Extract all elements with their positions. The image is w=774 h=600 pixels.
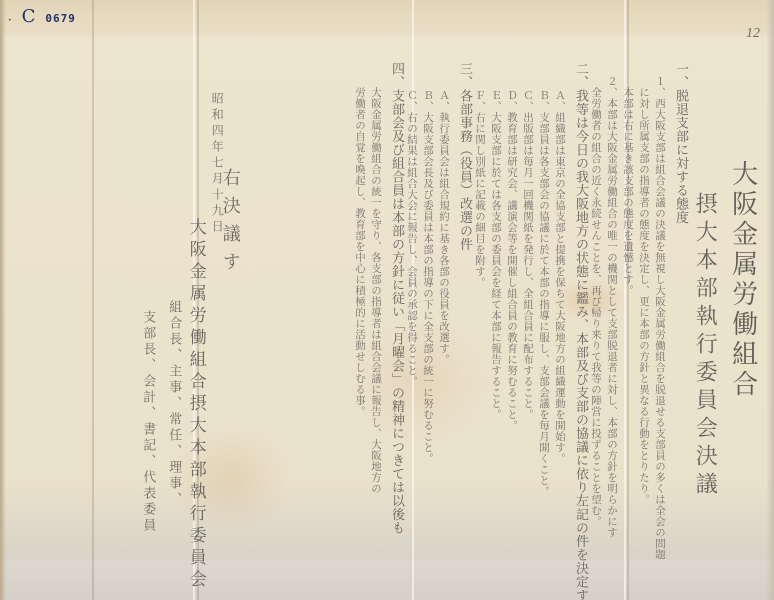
section-item: 労働者の自覚を喚起し、教育部を中心に積極的に活動せしむる事。 [352, 62, 368, 512]
section-heading: 一、脱退支部に対する態度 [672, 62, 688, 512]
section-item: Ｅ、大阪支部に於ては各支部の委員会を経て本部に報告すること。 [488, 62, 504, 512]
section-item: 全労働者の組合の近く永続せんことを、再び帰り来りて我等の陣営に投ずることを望む。 [588, 62, 604, 512]
section-item: Ｂ、大阪支部会長及び委員は本部の指導の下に全支部の統一に努むること。 [420, 62, 436, 512]
page-number: 12 [746, 26, 760, 42]
section-item: Ｆ、右に関し別紙に記載の細目を附す。 [472, 62, 488, 512]
section-item: Ａ、執行委員会は組合規約に基き各部の役員を改選す。 [436, 62, 452, 512]
section-item: Ｄ、教育部は研究会、講演会等を開催し組合員の教育に努むること。 [504, 62, 520, 512]
section-item: Ａ、組織部は東京の全協支部と提携を保ちて大阪地方の組織運動を開始す。 [552, 62, 568, 512]
section-item: Ｃ、出版部は毎月一回機関紙を発行し、全組合員に配布すること。 [520, 62, 536, 512]
document-title: 大阪金属労働組合 [728, 160, 757, 400]
section-item: 本部は右に基き該支部の態度を遺憾とす。 [620, 62, 636, 512]
signatory-roles-secondary: 支部長、会計、書記、代表委員 [140, 310, 154, 534]
stamp-letter: C [22, 6, 36, 27]
section-item: Ｂ、支部員は各支部会の協議に於て本部の指導に服し、支部会議を毎月開くこと。 [536, 62, 552, 512]
section-item: に対し所属支部の指導者の態度を決定し、更に本部の方針と異なる行動をとりたり。 [636, 62, 652, 512]
paper-top-band [0, 0, 774, 36]
section-heading: 三、各部事務（役員）改選の件 [456, 62, 472, 512]
section-heading: 四、支部会及び組合員は本部の方針に従い「月曜会」の精神につきては以後も [388, 62, 404, 512]
document-date: 昭和四年七月十九日 [210, 92, 223, 236]
paper-right-edge [766, 0, 774, 600]
section-heading: 二、我等は今日の我大阪地方の状態に鑑み、本部及び支部の協議に依り左記の件を決定す [572, 62, 588, 512]
resolution-body: 一、脱退支部に対する態度 １、西大阪支部は組合会議の決議を無視し大阪金属労働組合… [248, 62, 688, 512]
document-subtitle: 摂大本部執行委員会決議 [692, 192, 716, 500]
signatory-organization: 大阪金属労働組合摂大本部執行委員会 [186, 218, 205, 592]
section-item: ２、本部は大阪金属労働組合の唯一の機関として支部脱退者に対し、本部の方針を明らか… [604, 62, 620, 512]
fold-line [92, 0, 94, 600]
paper-bottom-band [0, 560, 774, 600]
archive-stamp: • C 0679 [8, 6, 76, 27]
signatory-roles: 組合長、主事、常任、理事、 [166, 300, 180, 508]
stamp-number: 0679 [45, 12, 76, 25]
section-item: １、西大阪支部は組合会議の決議を無視し大阪金属労働組合を脱退せる支部員の多くは全… [652, 62, 668, 512]
paper-left-edge [0, 0, 6, 600]
stamp-mark: • [8, 17, 12, 24]
section-item: Ｃ、右の結果は組合大会に報告し、会員の承認を得ること。 [404, 62, 420, 512]
section-item: 大阪金属労働組合の統一を守り、各支部の指導者は組合会議に報告し、大阪地方の [368, 62, 384, 512]
